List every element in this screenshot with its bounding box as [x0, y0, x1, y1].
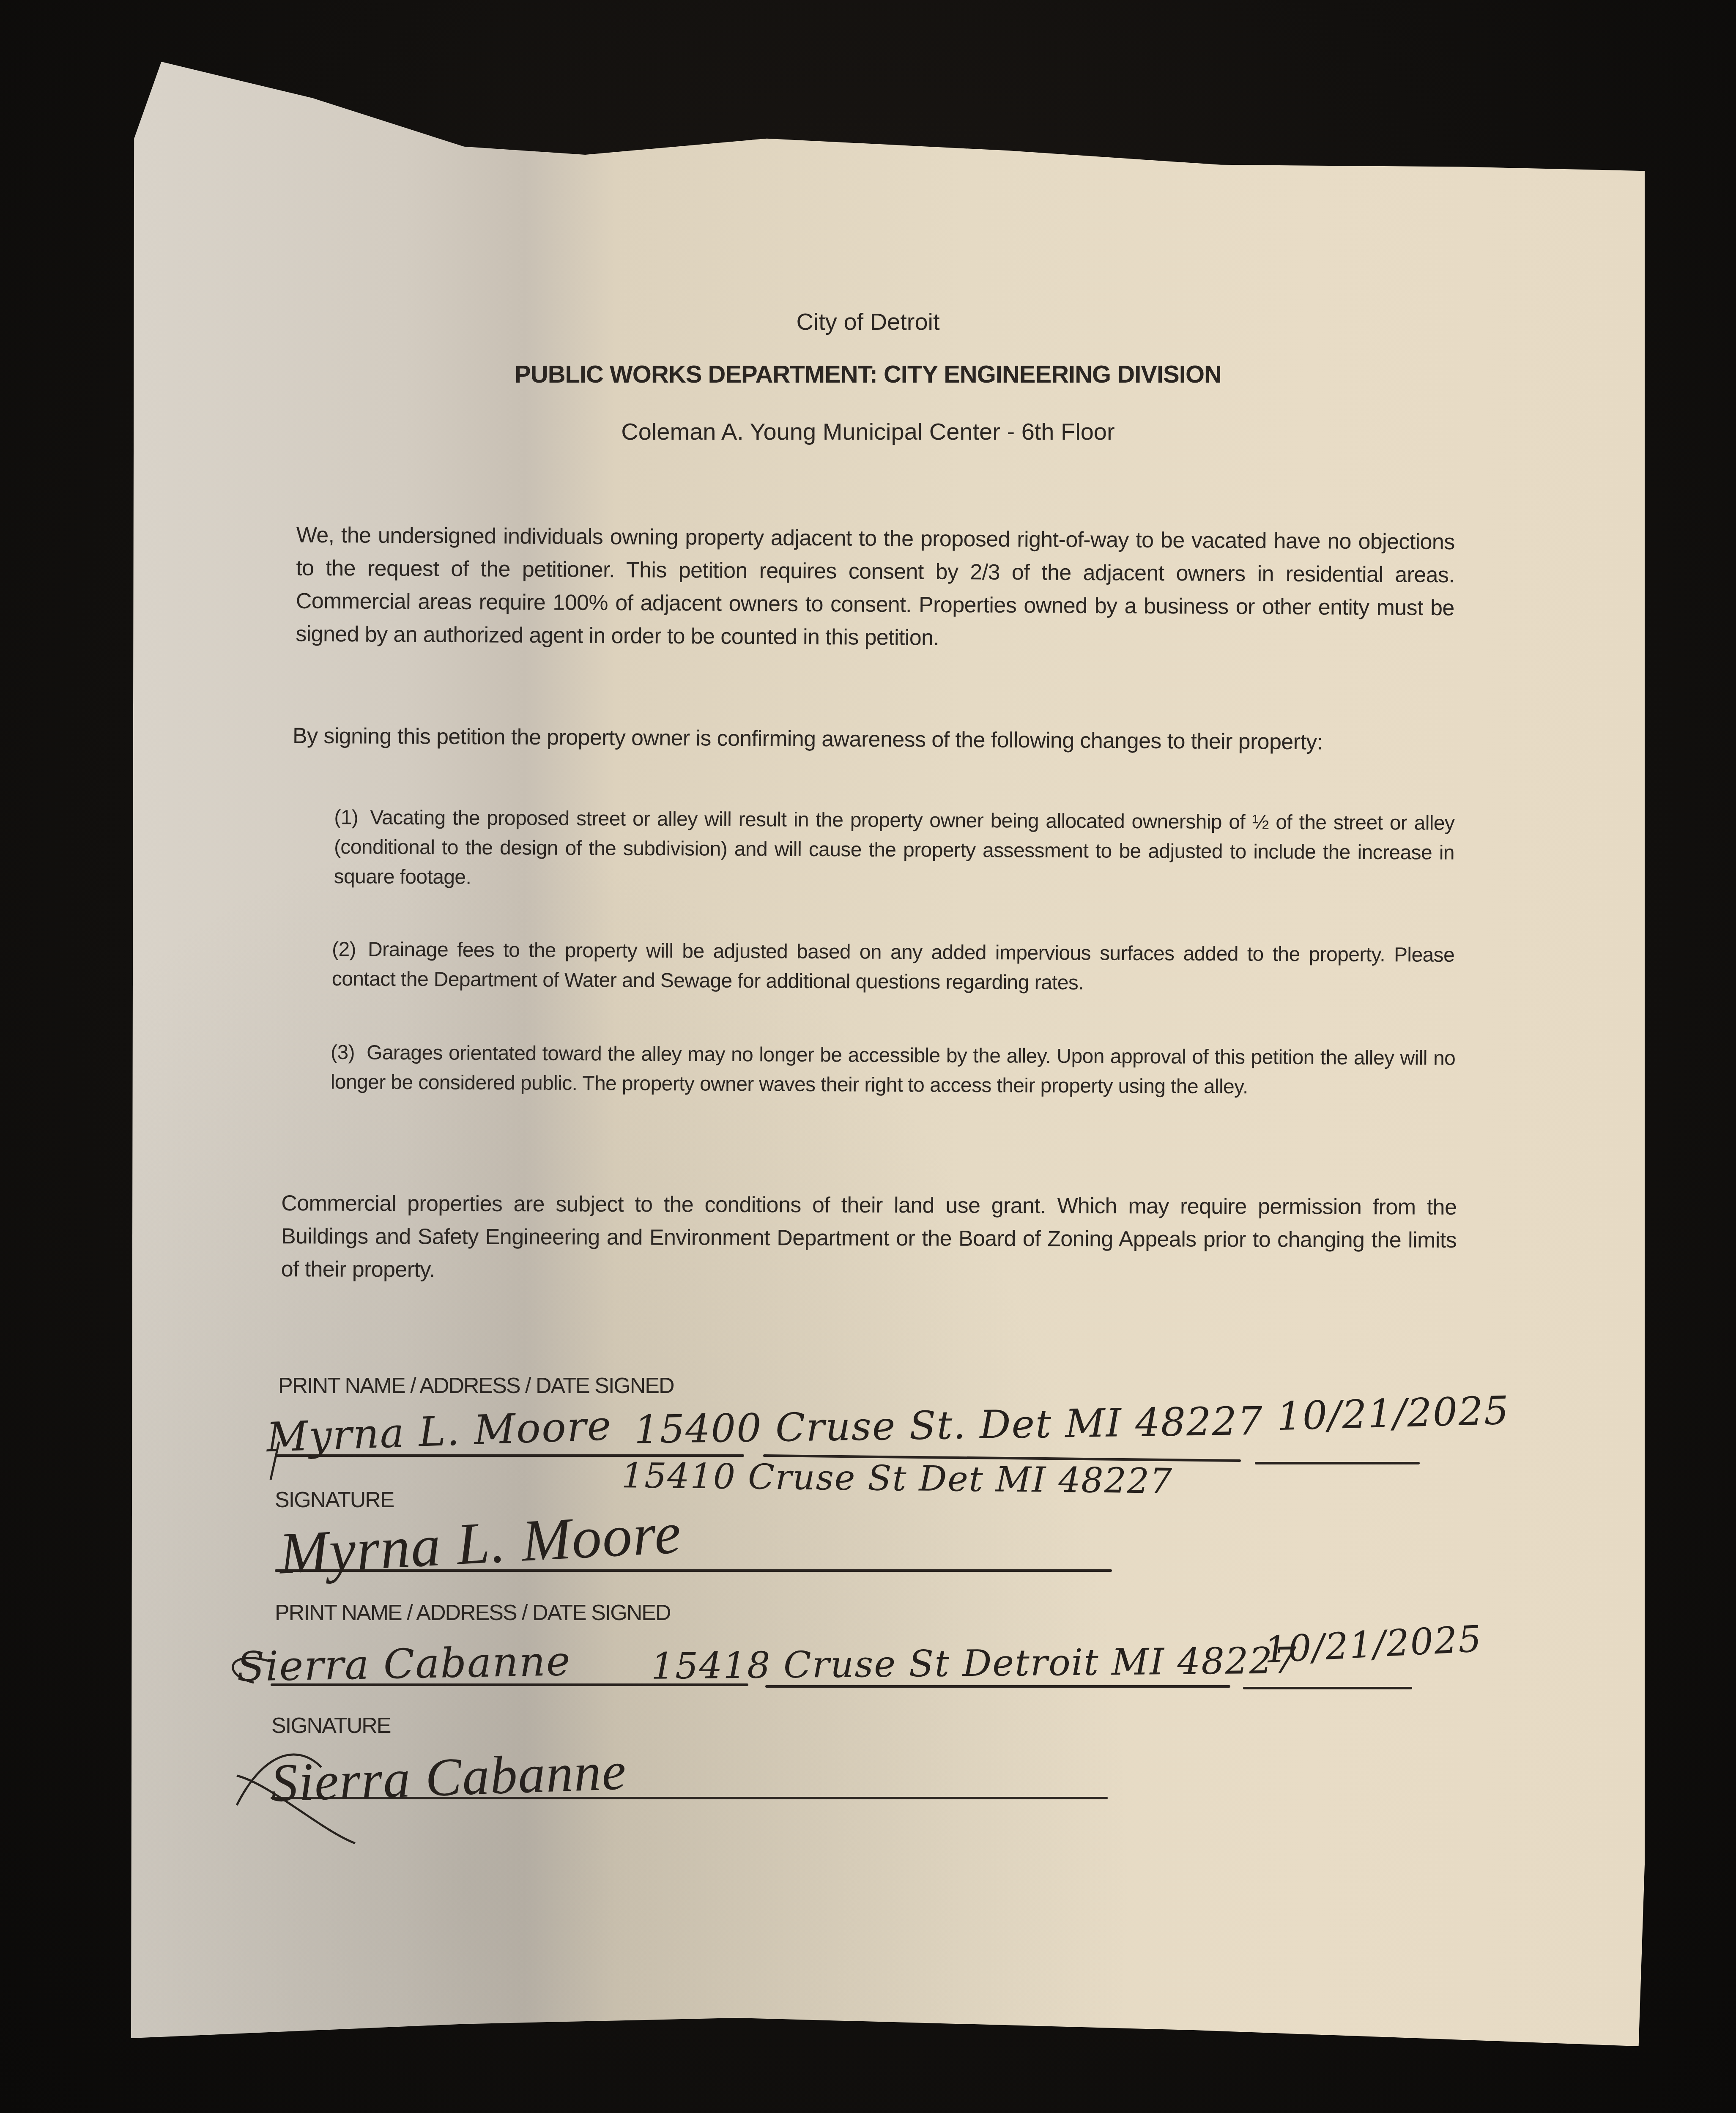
signatory-date[interactable]: 10/21/2025 [1263, 1618, 1483, 1672]
header-address: Coleman A. Young Municipal Center - 6th … [0, 418, 1736, 445]
header-city: City of Detroit [0, 308, 1736, 335]
list-item: (3)Garages orientated toward the alley m… [331, 1038, 1456, 1103]
list-item: (1)Vacating the proposed street or alley… [334, 803, 1454, 898]
item-text: Drainage fees to the property will be ad… [332, 938, 1455, 994]
signatory-name[interactable]: Sierra Cabanne [236, 1637, 571, 1691]
commercial-note: Commercial properties are subject to the… [281, 1187, 1457, 1290]
item-text: Garages orientated toward the alley may … [331, 1041, 1456, 1098]
date-line [1243, 1687, 1412, 1689]
signatory-address[interactable]: 15418 Cruse St Detroit MI 48227 [651, 1639, 1298, 1687]
signature[interactable]: Sierra Cabanne [270, 1740, 628, 1814]
print-name-label: PRINT NAME / ADDRESS / DATE SIGNED [275, 1600, 671, 1626]
item-number: (2) [332, 938, 356, 961]
item-text: Vacating the proposed street or alley wi… [334, 807, 1455, 889]
signatory-date[interactable]: 10/21/2025 [1276, 1388, 1510, 1439]
date-line [1255, 1462, 1420, 1464]
signatory-address-correction[interactable]: 15410 Cruse St Det MI 48227 [622, 1456, 1173, 1502]
signatory-name[interactable]: Myrna L. Moore [266, 1402, 613, 1461]
print-name-label: PRINT NAME / ADDRESS / DATE SIGNED [278, 1373, 674, 1399]
item-number: (3) [331, 1041, 355, 1064]
list-item: (2)Drainage fees to the property will be… [332, 935, 1455, 1000]
awareness-paragraph: By signing this petition the property ow… [293, 720, 1455, 760]
petition-document: City of Detroit PUBLIC WORKS DEPARTMENT:… [0, 0, 1736, 2113]
intro-paragraph: We, the undersigned individuals owning p… [296, 519, 1455, 658]
signature-label: SIGNATURE [275, 1487, 394, 1513]
item-number: (1) [334, 806, 358, 829]
signature-label: SIGNATURE [271, 1713, 391, 1738]
header-department: PUBLIC WORKS DEPARTMENT: CITY ENGINEERIN… [0, 360, 1736, 389]
signatory-address[interactable]: 15400 Cruse St. Det MI 48227 [634, 1399, 1263, 1453]
